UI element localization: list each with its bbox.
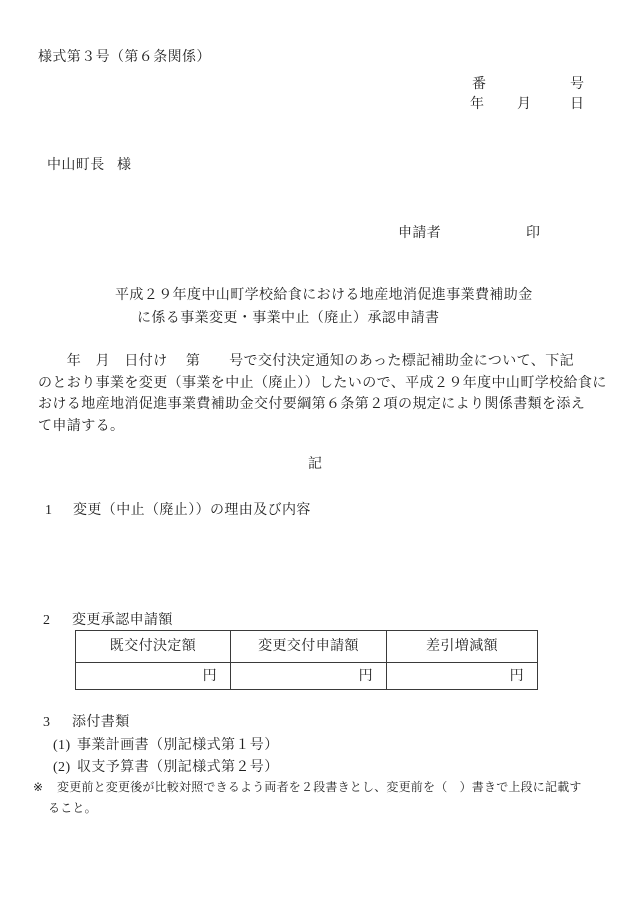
attachment2-text: 収支予算書（別記様式第２号） [77,759,279,777]
body-line-2: のとおり事業を変更（事業を中止（廃止））したいので、平成２９年度中山町学校給食に [38,375,607,393]
body-line-3: おける地産地消促進事業費補助金交付要綱第６条第２項の規定により関係書類を添え [38,396,585,414]
amount-table-value-row: 円 円 円 [76,662,537,689]
body-line-1: 年 月 日付け 第 号で交付決定通知のあった標記補助金について、下記 [38,353,574,371]
section2-number: 2 [43,612,50,630]
note-line-2: ること。 [48,801,97,816]
date-day-label: 日 [570,96,584,114]
amount-table-header-row: 既交付決定額 変更交付申請額 差引増減額 [76,631,537,662]
attachment1-number: (1) [53,737,71,755]
body-line-4: て申請する。 [38,418,124,436]
section3-number: 3 [43,714,50,732]
applicant-label: 申請者 [398,225,441,243]
doc-number-prefix: 番 [472,76,486,94]
addressee-honorific: 様 [117,157,131,175]
header-cell-granted-amount: 既交付決定額 [76,631,231,662]
doc-title-line2: に係る事業変更・事業中止（廃止）承認申請書 [137,310,439,328]
note-marker: ※ [33,780,43,795]
addressee-name: 中山町長 [47,157,105,175]
value-cell-granted-amount: 円 [76,662,231,689]
value-cell-changed-application-amount: 円 [231,662,387,689]
note-line-1: 変更前と変更後が比較対照できるよう両者を２段書きとし、変更前を（ ）書きで上段に… [57,780,582,795]
section3-heading: 添付書類 [72,714,130,732]
form-number: 様式第３号（第６条関係） [38,49,211,67]
section2-heading: 変更承認申請額 [72,612,173,630]
date-month-label: 月 [517,96,531,114]
date-year-label: 年 [470,96,484,114]
document-page: 様式第３号（第６条関係） 番 号 年 月 日 中山町長 様 申請者 印 平成２９… [0,0,630,915]
header-cell-changed-application-amount: 変更交付申請額 [231,631,387,662]
value-cell-difference-amount: 円 [387,662,537,689]
section1-number: 1 [45,502,52,520]
attachment2-number: (2) [53,759,71,777]
amount-table: 既交付決定額 変更交付申請額 差引増減額 円 円 円 [75,630,538,690]
section1-heading: 変更（中止（廃止））の理由及び内容 [73,502,311,520]
seal-mark: 印 [526,225,540,243]
doc-number-suffix: 号 [570,76,584,94]
header-cell-difference-amount: 差引増減額 [387,631,537,662]
attachment1-text: 事業計画書（別記様式第１号） [77,737,279,755]
doc-title-line1: 平成２９年度中山町学校給食における地産地消促進事業費補助金 [115,287,533,305]
record-marker: 記 [308,456,322,474]
